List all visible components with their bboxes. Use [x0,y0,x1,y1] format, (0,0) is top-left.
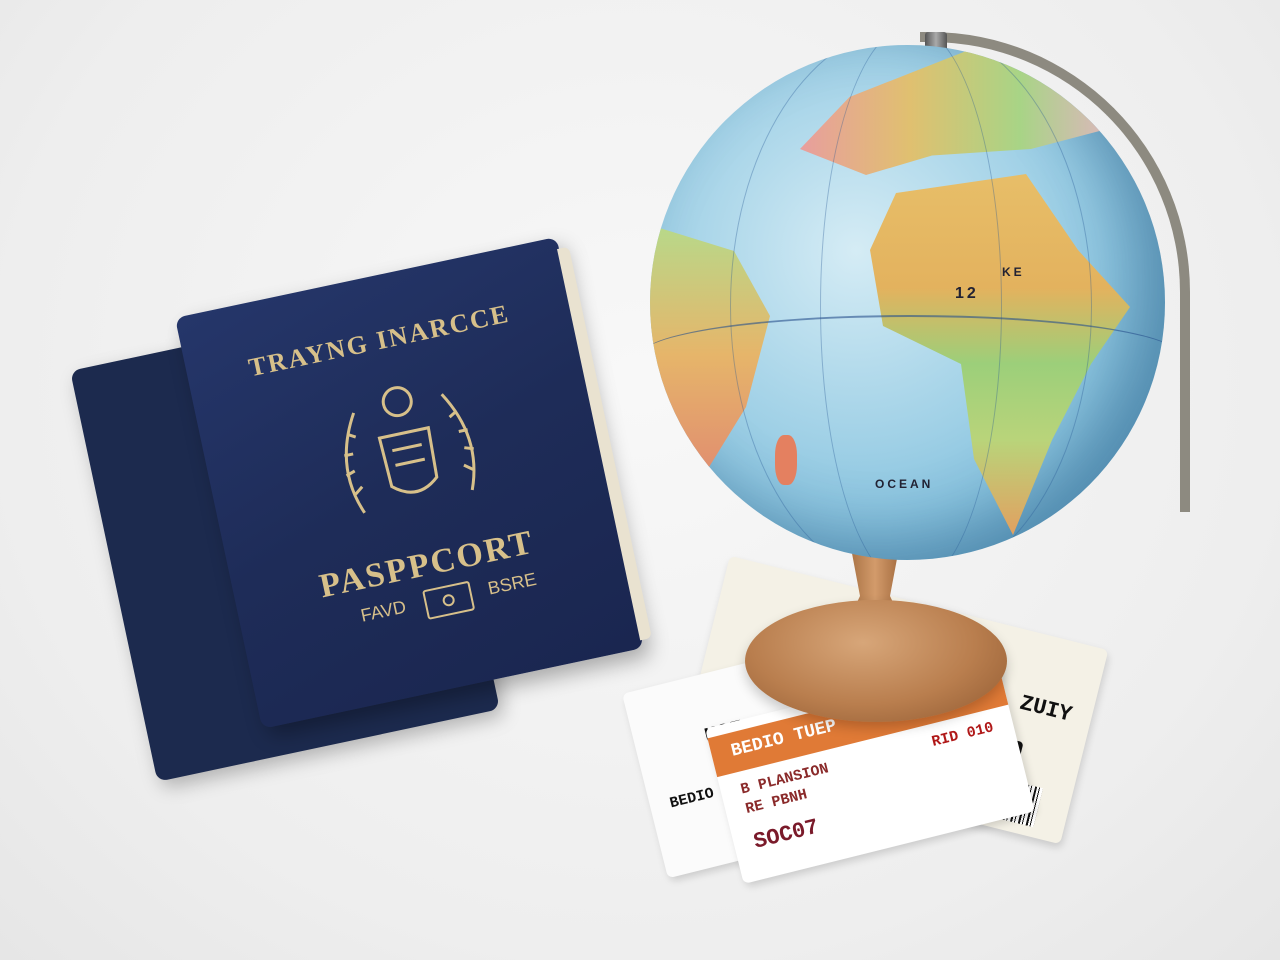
ticket-band-text: BEDIO TUEP [729,716,839,762]
ticket-text: ZUIY [1017,691,1074,728]
ticket-text: BEDIO [668,785,716,812]
globe-stand-base [745,600,1007,722]
photo-scene: TRAYNG INARCCE PASPPCORT FAVD BSRE ZUIY … [0,0,1280,960]
equator-line [650,315,1165,397]
biometric-chip-icon [422,581,475,620]
world-globe: OCEAN 12 KE [650,45,1165,560]
coat-of-arms-icon [308,357,508,549]
passport-sub-left: FAVD [359,597,408,627]
globe-label: KE [1002,265,1025,279]
ticket-text: SOC07 [751,815,821,855]
globe-label: 12 [955,285,979,303]
passport-sub-right: BSRE [486,569,538,600]
globe-label-ocean: OCEAN [875,477,933,491]
ticket-text: RID 010 [930,719,995,751]
